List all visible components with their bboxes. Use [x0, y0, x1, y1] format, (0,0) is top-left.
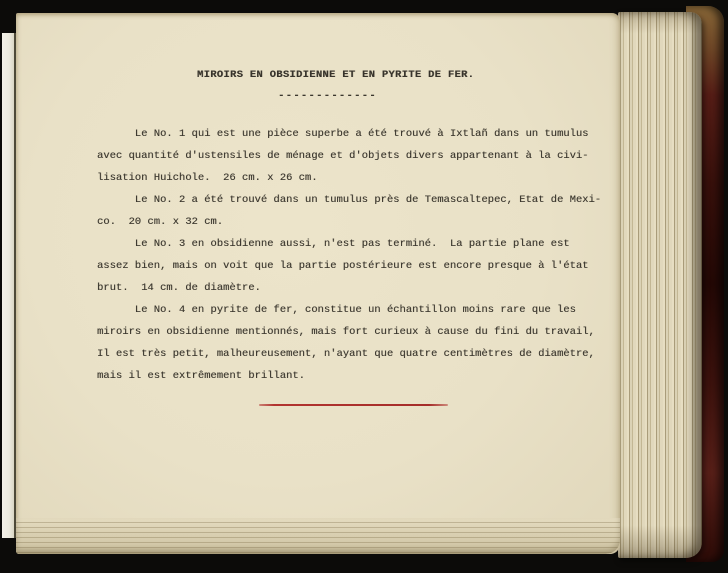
text-line: Le No. 2 a été trouvé dans un tumulus pr…: [97, 189, 601, 211]
text-line: Il est très petit, malheureusement, n'ay…: [97, 343, 601, 365]
text-line: mais il est extrêmement brillant.: [97, 365, 601, 387]
text-line: Le No. 4 en pyrite de fer, constitue un …: [97, 299, 601, 321]
book-page: MIROIRS EN OBSIDIENNE ET EN PYRITE DE FE…: [16, 13, 620, 554]
text-line: Le No. 3 en obsidienne aussi, n'est pas …: [97, 233, 601, 255]
page-title: MIROIRS EN OBSIDIENNE ET EN PYRITE DE FE…: [197, 69, 474, 81]
red-ink-rule: [259, 404, 448, 406]
text-line: lisation Huichole. 26 cm. x 26 cm.: [97, 167, 601, 189]
text-line: assez bien, mais on voit que la partie p…: [97, 255, 601, 277]
facing-page-edge: [2, 33, 16, 538]
text-line: miroirs en obsidienne mentionnés, mais f…: [97, 321, 601, 343]
title-underline: -------------: [278, 90, 377, 102]
text-line: Le No. 1 qui est une pièce superbe a été…: [97, 123, 601, 145]
page-bottom-edge-stack: [16, 518, 620, 554]
text-line: avec quantité d'ustensiles de ménage et …: [97, 145, 601, 167]
fore-edge-page-stack: [618, 12, 702, 558]
book-photo: MIROIRS EN OBSIDIENNE ET EN PYRITE DE FE…: [0, 0, 728, 573]
text-line: co. 20 cm. x 32 cm.: [97, 211, 601, 233]
typewritten-text-block: Le No. 1 qui est une pièce superbe a été…: [97, 123, 601, 387]
text-line: brut. 14 cm. de diamètre.: [97, 277, 601, 299]
